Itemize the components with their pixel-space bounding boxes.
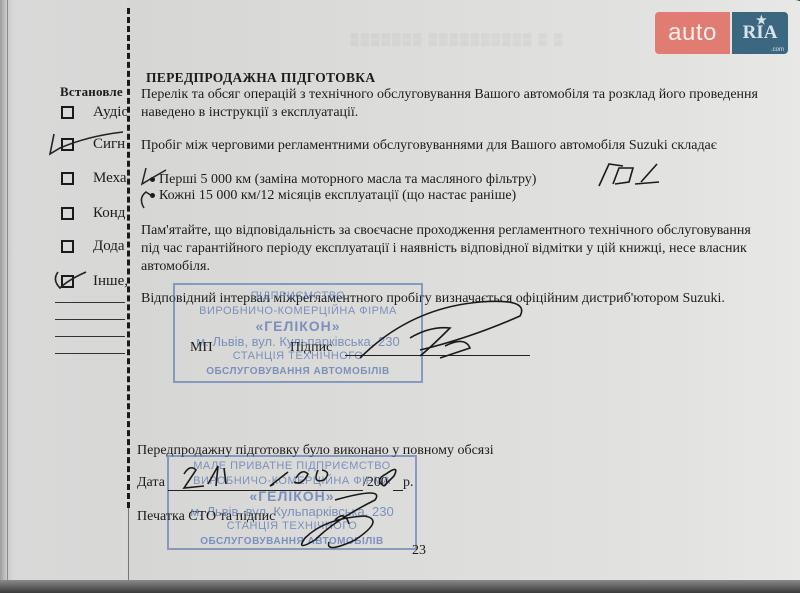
page-edge — [128, 508, 129, 583]
signature-label: Підпис — [290, 340, 332, 356]
handwritten-signature — [275, 490, 395, 555]
reminder-line3: автомобіля. — [141, 258, 210, 276]
page-number: 23 — [412, 543, 426, 559]
bullet-item: Кожні 15 000 км/12 місяців експлуатації … — [150, 188, 516, 204]
interval-text: Пробіг між черговими регламентними обслу… — [141, 137, 717, 155]
blank-line — [55, 336, 125, 337]
handwritten-check-icon — [138, 160, 168, 210]
option-conditioner: Конд — [61, 205, 125, 221]
date-label: Дата — [137, 475, 165, 491]
checkbox-icon — [61, 172, 74, 185]
handwritten-note-to1 — [595, 160, 665, 190]
checkbox-icon — [61, 240, 74, 253]
handwritten-check-icon — [48, 128, 138, 158]
autoria-watermark: auto ★ RIA .com — [655, 12, 788, 54]
station-signature-label: Печатка СТО та підпис — [137, 509, 275, 525]
cut-line — [127, 8, 130, 508]
background-bottom — [0, 580, 800, 593]
star-icon: ★ — [756, 13, 767, 28]
intro-text-line1: Перелік та обсяг операцій з технічного о… — [141, 86, 758, 104]
mp-label: МП — [190, 340, 213, 356]
option-audio: Аудіо — [61, 104, 129, 120]
bullet-item: Перші 5 000 км (заміна моторного масла т… — [150, 172, 536, 188]
handwritten-signature — [350, 298, 540, 368]
option-additional: Дода — [61, 238, 125, 254]
handwritten-check-icon — [50, 268, 100, 292]
blank-line — [55, 302, 125, 303]
page-title: ПЕРЕДПРОДАЖНА ПІДГОТОВКА — [146, 70, 375, 86]
page-edge — [7, 0, 8, 593]
installed-heading: Встановле — [60, 84, 123, 100]
checkbox-icon — [61, 207, 74, 220]
option-mechanical: Меха — [61, 170, 127, 186]
reminder-line2: під час гарантійного періоду експлуатаці… — [141, 240, 747, 258]
left-page: Встановле Аудіо Сигн Меха Конд Дода Інше… — [0, 0, 132, 593]
reminder-line1: Пам'ятайте, що відповідальність за своєч… — [141, 222, 751, 240]
checkbox-icon — [61, 106, 74, 119]
watermark-auto: auto — [655, 12, 730, 54]
watermark-ria: ★ RIA .com — [732, 12, 788, 54]
intro-text-line2: наведено в інструкції з експлуатації. — [141, 104, 358, 122]
show-through-text: ▒▒▒▒▒▒▒ ▒▒▒▒▒▒▒▒▒▒ ▒ ▒ — [350, 32, 565, 47]
blank-line — [55, 319, 125, 320]
blank-line — [55, 353, 125, 354]
